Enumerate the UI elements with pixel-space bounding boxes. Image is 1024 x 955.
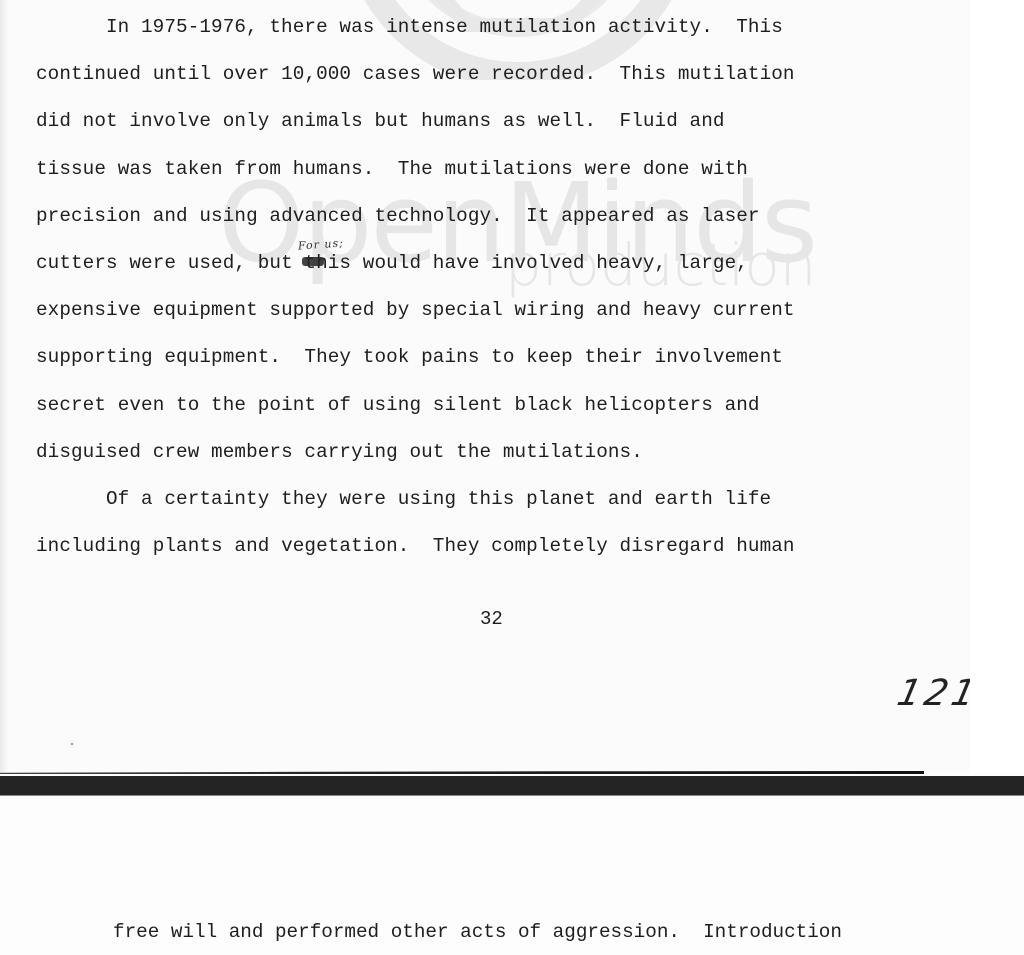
handwritten-strikeout bbox=[302, 257, 324, 266]
page-separator bbox=[0, 776, 1024, 796]
scanned-page-upper: OpenMinds production In 1975-1976, there… bbox=[0, 0, 970, 772]
text-line: including plants and vegetation. They co… bbox=[36, 537, 795, 556]
text-line: In 1975-1976, there was intense mutilati… bbox=[106, 18, 783, 37]
typed-text-block: In 1975-1976, there was intense mutilati… bbox=[0, 0, 70, 270]
page-number: 32 bbox=[480, 608, 503, 630]
text-line: disguised crew members carrying out the … bbox=[36, 443, 643, 462]
handwritten-page-number: 121 bbox=[894, 673, 970, 714]
scan-speck bbox=[71, 743, 73, 745]
page-gutter bbox=[970, 0, 1024, 772]
text-line: continued until over 10,000 cases were r… bbox=[36, 65, 795, 84]
text-line: secret even to the point of using silent… bbox=[36, 396, 760, 415]
document-viewer: OpenMinds production In 1975-1976, there… bbox=[0, 0, 1024, 955]
text-line: precision and using advanced technology.… bbox=[36, 207, 760, 226]
text-line: cutters were used, but this would have i… bbox=[36, 254, 748, 273]
handwritten-annotation: For us; bbox=[298, 236, 345, 252]
text-line: did not involve only animals but humans … bbox=[36, 112, 725, 131]
text-line: supporting equipment. They took pains to… bbox=[36, 348, 783, 367]
text-line: tissue was taken from humans. The mutila… bbox=[36, 160, 748, 179]
text-line: expensive equipment supported by special… bbox=[36, 301, 795, 320]
text-line: Of a certainty they were using this plan… bbox=[106, 490, 771, 509]
text-line: free will and performed other acts of ag… bbox=[113, 923, 842, 942]
